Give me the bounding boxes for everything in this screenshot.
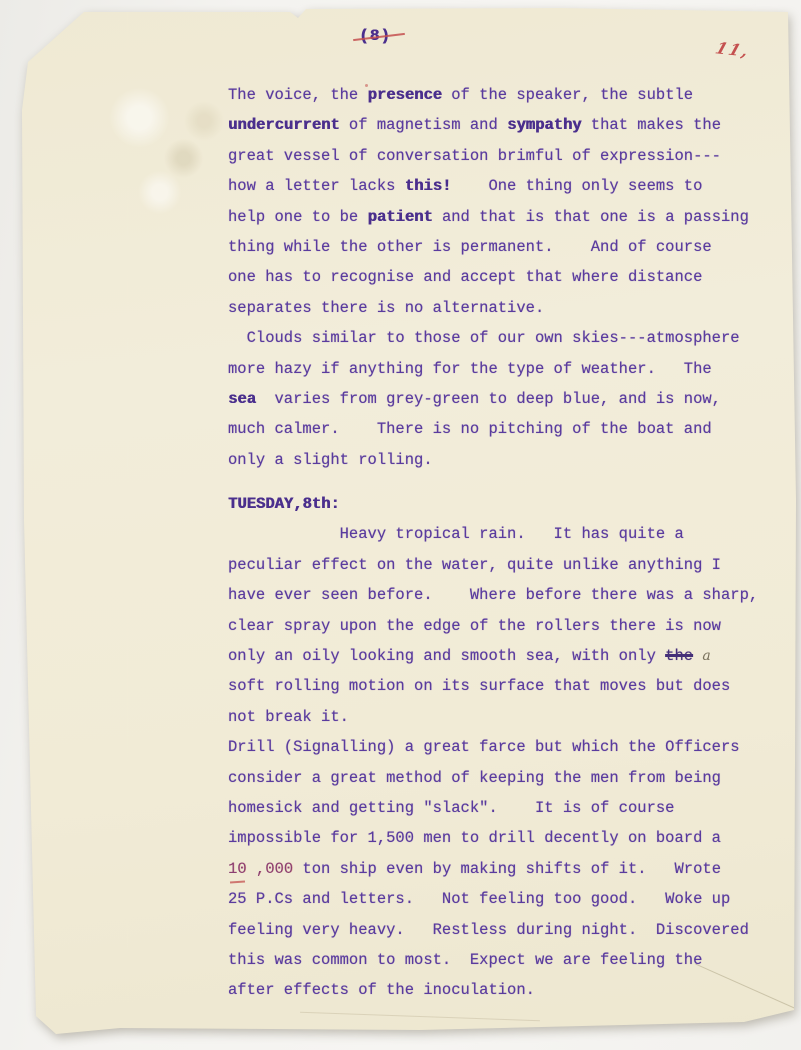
typed-segment: of the speaker, the subtle [442, 86, 693, 104]
typed-line: not break it. [228, 702, 773, 732]
typed-segment: soft rolling motion on its surface that … [228, 677, 730, 695]
typed-line: one has to recognise and accept that whe… [228, 262, 773, 292]
typed-line: only a slight rolling. [228, 445, 773, 475]
typed-segment: The voice, the [228, 86, 368, 104]
typed-line: undercurrent of magnetism and sympathy t… [228, 110, 773, 140]
typed-segment: more hazy if anything for the type of we… [228, 360, 712, 378]
typed-line: The voice, the presence of the speaker, … [228, 80, 773, 110]
typed-segment: and that is that one is a passing [433, 208, 749, 226]
typed-diary-page: (8) 11, The voice, the presence of the s… [0, 0, 801, 1050]
typed-segment-hand: a [702, 648, 710, 664]
typed-segment: 25 P.Cs and letters. Not feeling too goo… [228, 890, 730, 908]
typed-segment-overtype: 10 ,000 [228, 860, 293, 878]
handwritten-page-number: 11, [713, 38, 753, 60]
typed-segment: Clouds similar to those of our own skies… [228, 329, 740, 347]
typed-segment: only a slight rolling. [228, 451, 433, 469]
typed-segment: clear spray upon the edge of the rollers… [228, 617, 721, 635]
typed-segment: One thing only seems to [451, 177, 702, 195]
typed-line: great vessel of conversation brimful of … [228, 141, 773, 171]
typed-segment: only an oily looking and smooth sea, wit… [228, 647, 665, 665]
typed-segment: ton ship even by making shifts of it. Wr… [293, 860, 721, 878]
typed-segment: not break it. [228, 708, 349, 726]
typed-segment-bold: presence [368, 86, 442, 104]
crossed-out-page-number: (8) [359, 27, 391, 45]
typed-segment-bold: TUESDAY,8th: [228, 495, 340, 513]
typed-segment: varies from grey-green to deep blue, and… [256, 390, 721, 408]
typed-segment-bold: sympathy [507, 116, 581, 134]
typed-text-block: The voice, the presence of the speaker, … [228, 80, 773, 1006]
paper-crease-bottom [300, 1012, 540, 1021]
paper-shadow-wrap: (8) 11, The voice, the presence of the s… [0, 0, 801, 1050]
typed-segment-bold: undercurrent [228, 116, 340, 134]
typed-line: impossible for 1,500 men to drill decent… [228, 823, 773, 853]
typed-segment: consider a great method of keeping the m… [228, 769, 721, 787]
typed-line: soft rolling motion on its surface that … [228, 671, 773, 701]
typed-line: much calmer. There is no pitching of the… [228, 414, 773, 444]
scanned-document-scene: (8) 11, The voice, the presence of the s… [0, 0, 801, 1050]
typed-line: sea varies from grey-green to deep blue,… [228, 384, 773, 414]
typed-line: homesick and getting "slack". It is of c… [228, 793, 773, 823]
typed-line: clear spray upon the edge of the rollers… [228, 611, 773, 641]
typed-line: thing while the other is permanent. And … [228, 232, 773, 262]
typed-segment-bold: patient [368, 208, 433, 226]
typed-line: Heavy tropical rain. It has quite a [228, 519, 773, 549]
typed-segment-strike: the [665, 647, 693, 665]
typed-line: this was common to most. Expect we are f… [228, 945, 773, 975]
typed-line: after effects of the inoculation. [228, 975, 773, 1005]
typed-line: consider a great method of keeping the m… [228, 763, 773, 793]
typed-line: peculiar effect on the water, quite unli… [228, 550, 773, 580]
typed-segment: Drill (Signalling) a great farce but whi… [228, 738, 740, 756]
typed-line: separates there is no alternative. [228, 293, 773, 323]
typed-segment: homesick and getting "slack". It is of c… [228, 799, 674, 817]
typed-line: 10 ,000 ton ship even by making shifts o… [228, 854, 773, 884]
typed-line: Drill (Signalling) a great farce but whi… [228, 732, 773, 762]
typed-line: Clouds similar to those of our own skies… [228, 323, 773, 353]
typed-segment-bold: this! [405, 177, 452, 195]
typed-segment: this was common to most. Expect we are f… [228, 951, 702, 969]
typed-segment: much calmer. There is no pitching of the… [228, 420, 712, 438]
typed-segment: help one to be [228, 208, 368, 226]
typed-segment: of magnetism and [340, 116, 507, 134]
typed-line: have ever seen before. Where before ther… [228, 580, 773, 610]
typed-segment: separates there is no alternative. [228, 299, 544, 317]
typed-segment: that makes the [581, 116, 721, 134]
typed-line: 25 P.Cs and letters. Not feeling too goo… [228, 884, 773, 914]
typed-segment: after effects of the inoculation. [228, 981, 535, 999]
date-heading-line: TUESDAY,8th: [228, 489, 773, 519]
typed-segment: Heavy tropical rain. It has quite a [228, 525, 684, 543]
typed-segment: great vessel of conversation brimful of … [228, 147, 721, 165]
typed-segment: how a letter lacks [228, 177, 405, 195]
typed-line: feeling very heavy. Restless during nigh… [228, 915, 773, 945]
typed-segment: thing while the other is permanent. And … [228, 238, 712, 256]
typed-line: more hazy if anything for the type of we… [228, 354, 773, 384]
typed-segment: impossible for 1,500 men to drill decent… [228, 829, 721, 847]
typed-segment: peculiar effect on the water, quite unli… [228, 556, 721, 574]
typed-segment-bold: sea [228, 390, 256, 408]
typed-segment: have ever seen before. Where before ther… [228, 586, 758, 604]
typed-segment: feeling very heavy. Restless during nigh… [228, 921, 749, 939]
typed-line: how a letter lacks this! One thing only … [228, 171, 773, 201]
typed-line: help one to be patient and that is that … [228, 202, 773, 232]
typed-segment: one has to recognise and accept that whe… [228, 268, 702, 286]
typed-segment [693, 647, 702, 665]
typed-line: only an oily looking and smooth sea, wit… [228, 641, 773, 671]
